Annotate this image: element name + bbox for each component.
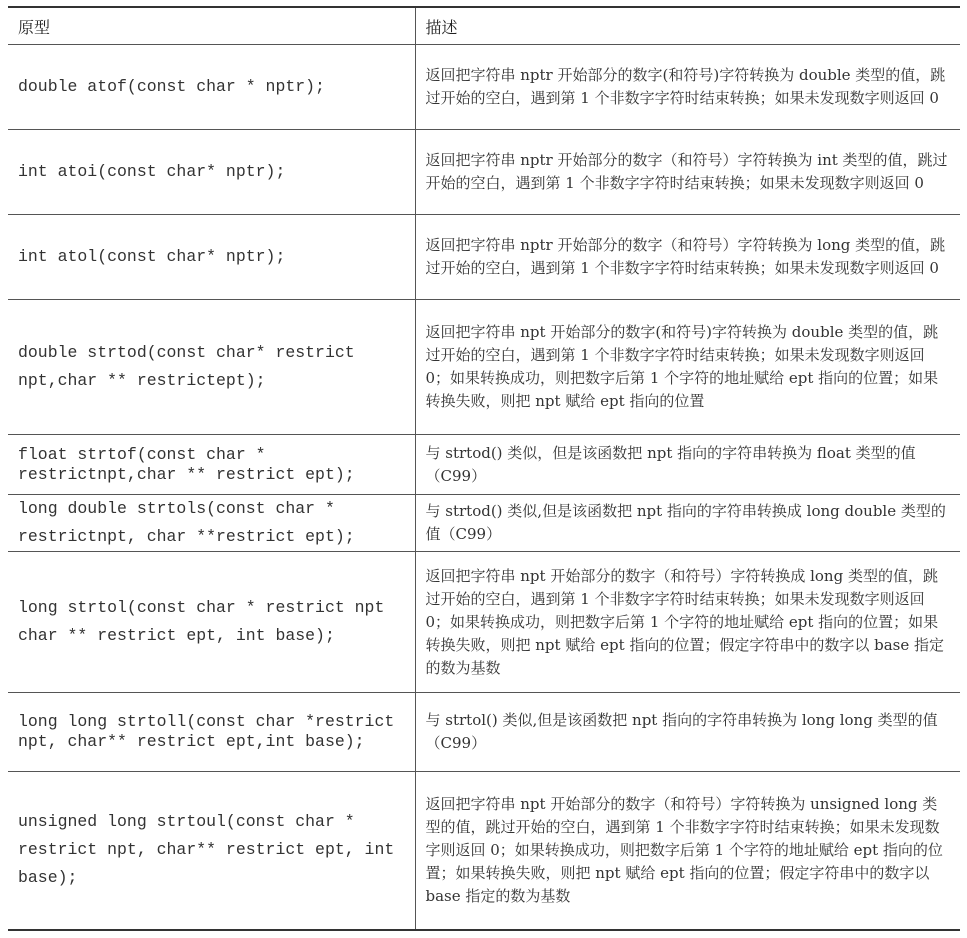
description-cell: 与 strtod() 类似，但是该函数把 npt 指向的字符串转换为 float… (415, 435, 960, 495)
table-row: double strtod(const char* restrict npt,c… (8, 300, 960, 435)
prototype-cell: float strtof(const char * restrictnpt,ch… (8, 435, 415, 495)
table-row: int atol(const char* nptr); 返回把字符串 nptr … (8, 215, 960, 300)
table-row: long long strtoll(const char *restrict n… (8, 693, 960, 772)
description-cell: 返回把字符串 npt 开始部分的数字(和符号)字符转换为 double 类型的值… (415, 300, 960, 435)
prototype-cell: long double strtols(const char * restric… (8, 495, 415, 552)
prototype-cell: double strtod(const char* restrict npt,c… (8, 300, 415, 435)
table-row: unsigned long strtoul(const char * restr… (8, 772, 960, 930)
prototype-cell: double atof(const char * nptr); (8, 45, 415, 130)
description-cell: 返回把字符串 nptr 开始部分的数字（和符号）字符转换为 int 类型的值，跳… (415, 130, 960, 215)
prototype-cell: int atol(const char* nptr); (8, 215, 415, 300)
prototype-cell: long long strtoll(const char *restrict n… (8, 693, 415, 772)
prototype-cell: int atoi(const char* nptr); (8, 130, 415, 215)
header-prototype: 原型 (8, 7, 415, 45)
table-row: double atof(const char * nptr); 返回把字符串 n… (8, 45, 960, 130)
prototype-cell: unsigned long strtoul(const char * restr… (8, 772, 415, 930)
table-row: long double strtols(const char * restric… (8, 495, 960, 552)
table-header-row: 原型 描述 (8, 7, 960, 45)
header-description: 描述 (415, 7, 960, 45)
description-cell: 与 strtol() 类似,但是该函数把 npt 指向的字符串转换为 long … (415, 693, 960, 772)
string-conversion-functions-table: 原型 描述 double atof(const char * nptr); 返回… (8, 6, 960, 931)
table-row: int atoi(const char* nptr); 返回把字符串 nptr … (8, 130, 960, 215)
prototype-cell: long strtol(const char * restrict npt ch… (8, 552, 415, 693)
description-cell: 返回把字符串 nptr 开始部分的数字（和符号）字符转换为 long 类型的值，… (415, 215, 960, 300)
description-cell: 返回把字符串 npt 开始部分的数字（和符号）字符转换为 unsigned lo… (415, 772, 960, 930)
table-row: long strtol(const char * restrict npt ch… (8, 552, 960, 693)
description-cell: 与 strtod() 类似,但是该函数把 npt 指向的字符串转换成 long … (415, 495, 960, 552)
description-cell: 返回把字符串 nptr 开始部分的数字(和符号)字符转换为 double 类型的… (415, 45, 960, 130)
table-row: float strtof(const char * restrictnpt,ch… (8, 435, 960, 495)
description-cell: 返回把字符串 npt 开始部分的数字（和符号）字符转换成 long 类型的值，跳… (415, 552, 960, 693)
